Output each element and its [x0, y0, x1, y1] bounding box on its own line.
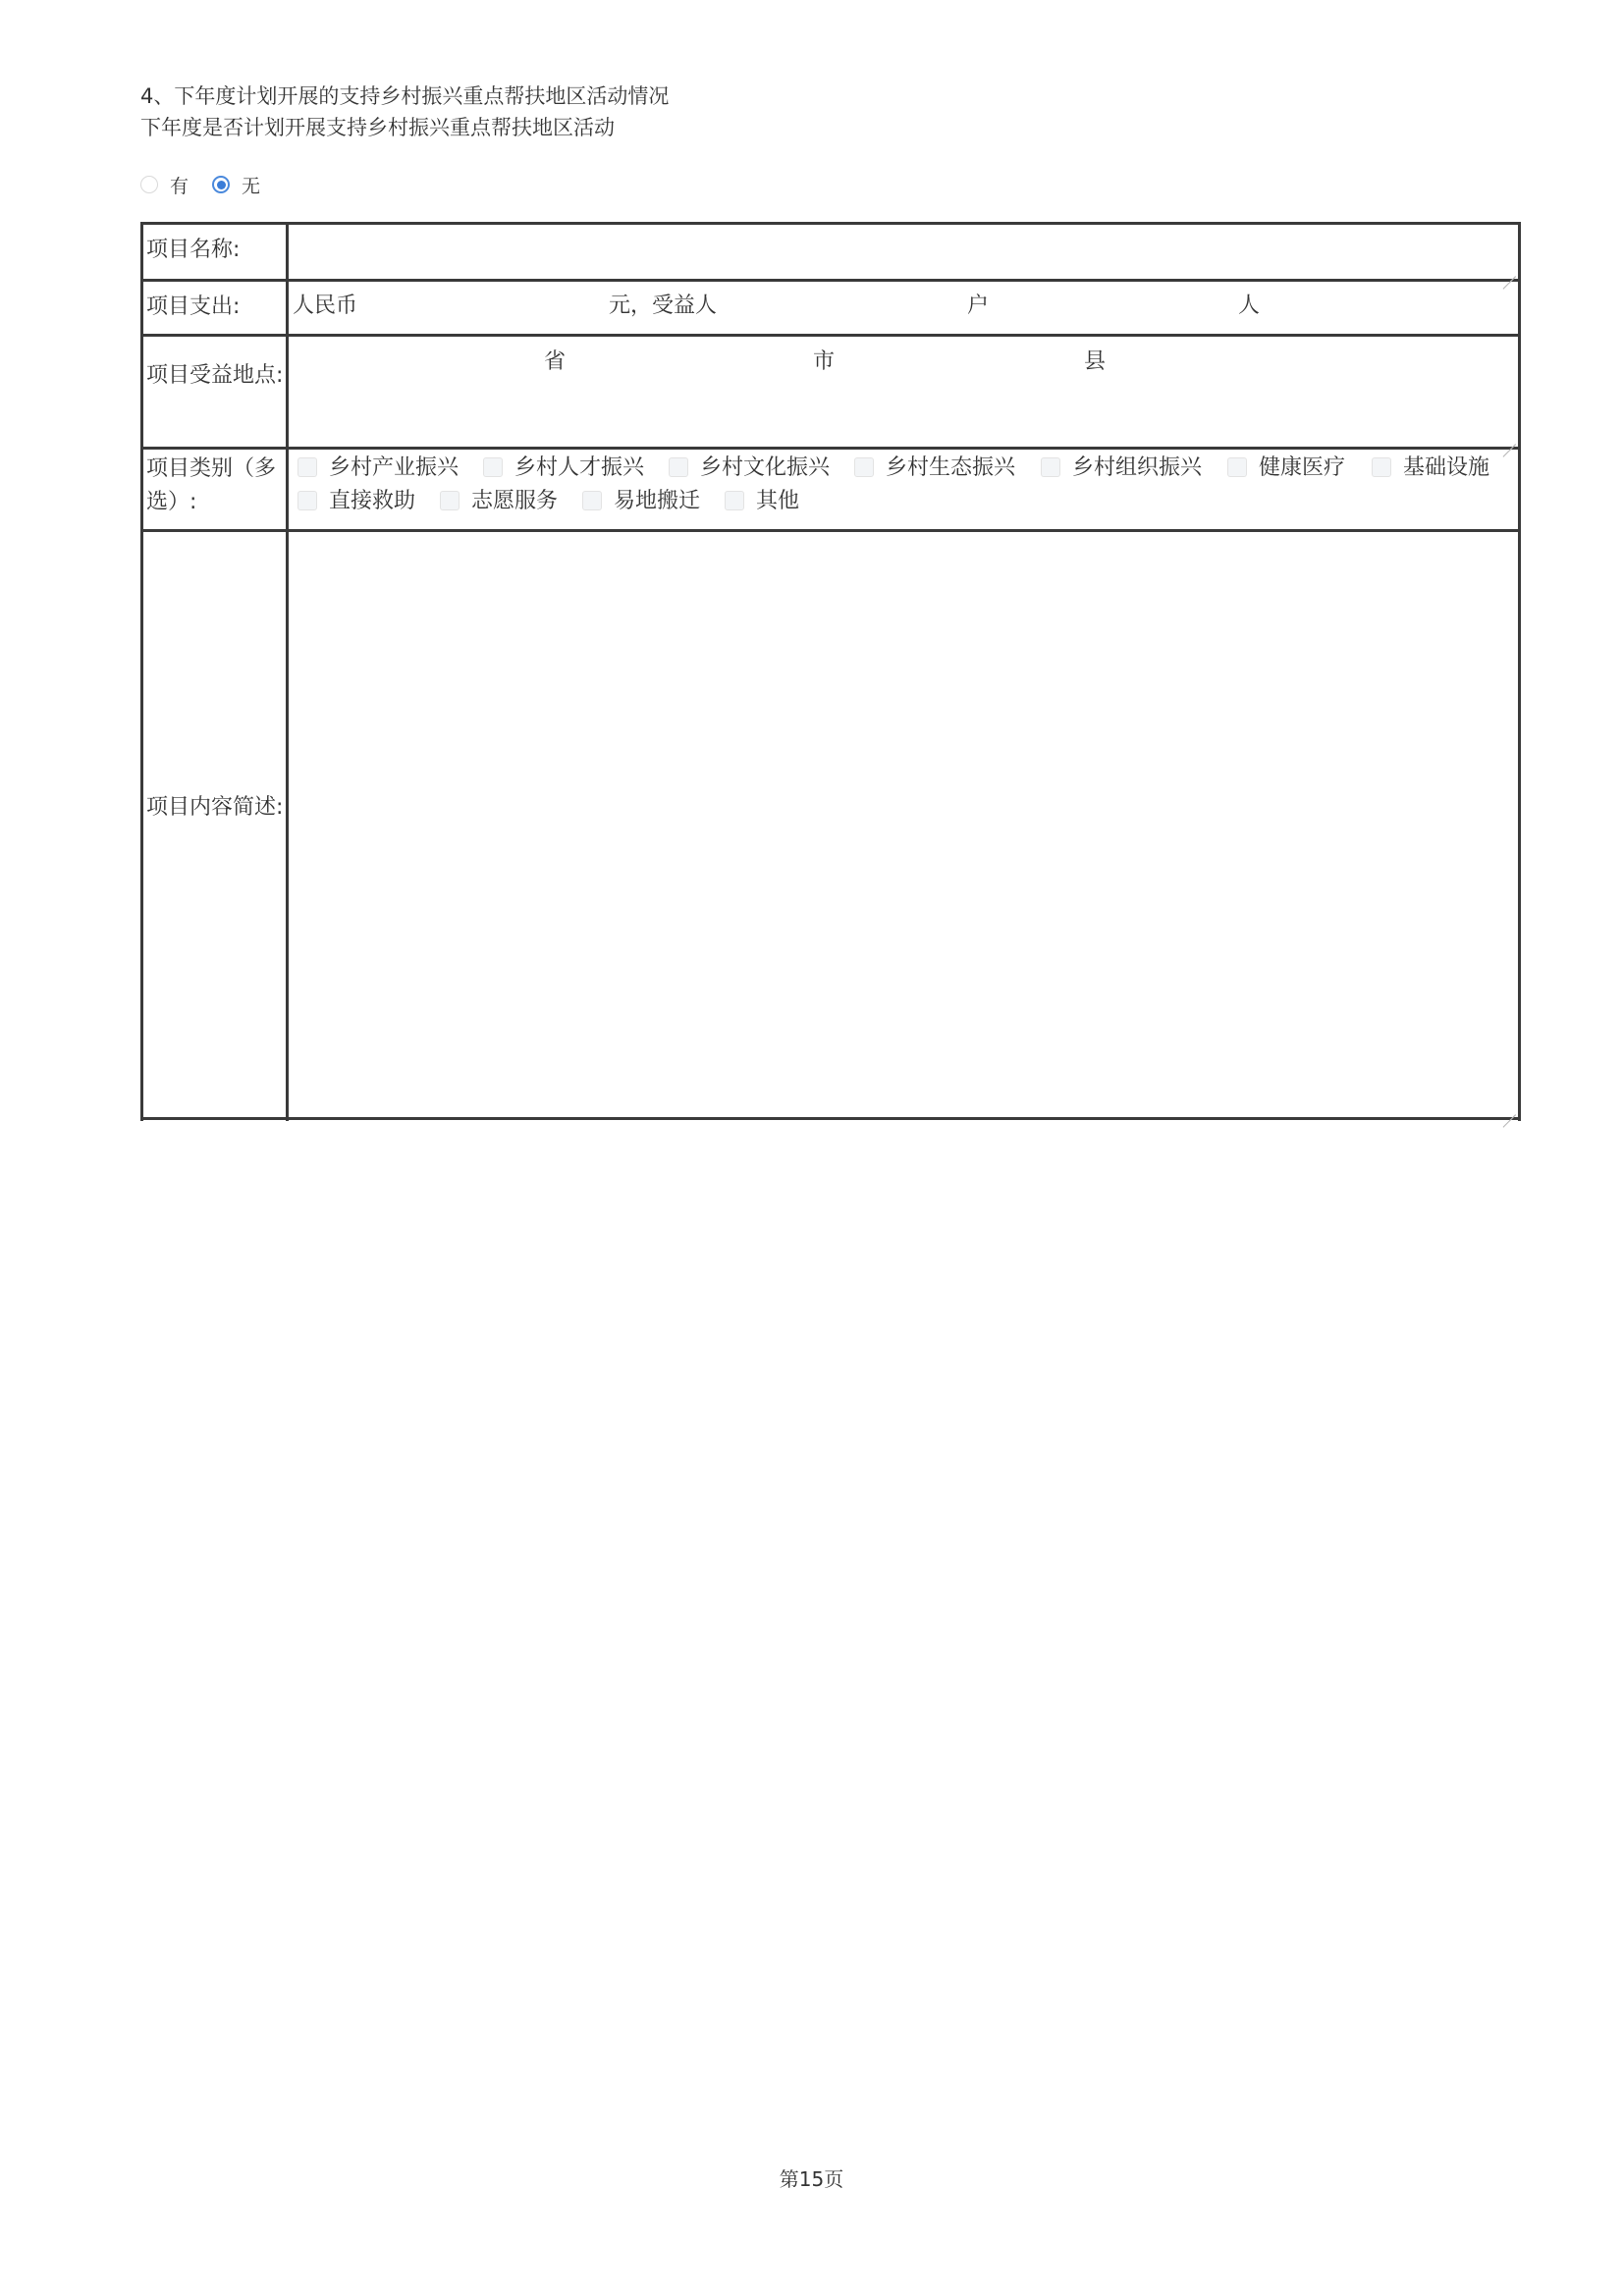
radio-no[interactable]: [212, 176, 230, 193]
table-border: [1518, 222, 1521, 1121]
category-option-label[interactable]: 易地搬迁: [614, 489, 700, 514]
category-option-label[interactable]: 直接救助: [329, 489, 415, 514]
county-unit: 县: [1084, 349, 1106, 375]
category-checkbox[interactable]: [1372, 457, 1391, 477]
category-checkbox[interactable]: [1041, 457, 1060, 477]
table-border: [140, 279, 1521, 282]
location-detail-input[interactable]: [289, 387, 1518, 447]
radio-yes[interactable]: [140, 176, 158, 193]
category-checkbox[interactable]: [1227, 457, 1247, 477]
people-unit: 人: [1238, 294, 1260, 319]
resize-handle-icon[interactable]: [1502, 431, 1516, 445]
people-input[interactable]: [995, 287, 1235, 326]
project-expense-label: 项目支出:: [146, 291, 284, 324]
project-category-label: 项目类别（多选）:: [146, 453, 284, 519]
category-checkbox[interactable]: [854, 457, 874, 477]
radio-selected-dot-icon: [217, 181, 226, 189]
section-title: 4、下年度计划开展的支持乡村振兴重点帮扶地区活动情况: [140, 82, 669, 110]
category-checkbox[interactable]: [298, 491, 317, 510]
category-checkbox[interactable]: [483, 457, 503, 477]
category-option-label[interactable]: 乡村组织振兴: [1072, 455, 1202, 481]
category-option-label[interactable]: 乡村人才振兴: [514, 455, 644, 481]
project-name-input[interactable]: [289, 225, 1518, 279]
resize-handle-icon[interactable]: [1502, 263, 1516, 277]
project-form-table: 项目名称: 项目支出: 人民币 元，受益人 户 人 项目受益地点: 省 市 县 …: [140, 222, 1518, 1118]
project-description-label: 项目内容简述:: [146, 791, 284, 825]
amount-input[interactable]: [361, 287, 607, 326]
table-border: [140, 447, 1521, 450]
households-input[interactable]: [720, 287, 960, 326]
category-checkbox[interactable]: [582, 491, 602, 510]
resize-handle-icon[interactable]: [1502, 1101, 1516, 1115]
city-unit: 市: [813, 349, 835, 375]
city-input[interactable]: [572, 342, 808, 377]
households-unit: 户: [967, 294, 989, 319]
radio-yes-label[interactable]: 有: [170, 172, 189, 198]
category-option-label[interactable]: 乡村生态振兴: [886, 455, 1015, 481]
table-border: [140, 222, 143, 1121]
yuan-beneficiary-text: 元，受益人: [609, 294, 717, 319]
category-checkbox[interactable]: [298, 457, 317, 477]
plan-question: 下年度是否计划开展支持乡村振兴重点帮扶地区活动: [140, 114, 615, 141]
category-option-label[interactable]: 乡村文化振兴: [700, 455, 830, 481]
category-option-label[interactable]: 乡村产业振兴: [329, 455, 459, 481]
category-option-label[interactable]: 其他: [756, 489, 799, 514]
table-border: [140, 1117, 1521, 1120]
category-option-label[interactable]: 健康医疗: [1259, 455, 1345, 481]
category-checkbox[interactable]: [725, 491, 744, 510]
currency-prefix: 人民币: [293, 294, 357, 319]
county-input[interactable]: [842, 342, 1078, 377]
project-name-label: 项目名称:: [146, 234, 284, 267]
page-number: 第15页: [0, 2163, 1623, 2192]
table-border: [140, 334, 1521, 337]
province-unit: 省: [544, 349, 566, 375]
plan-radio-group: 有 无: [140, 173, 284, 196]
province-input[interactable]: [293, 342, 538, 377]
project-description-textarea[interactable]: [289, 532, 1518, 1117]
category-option-label[interactable]: 志愿服务: [471, 489, 558, 514]
category-checkbox[interactable]: [440, 491, 460, 510]
radio-no-label[interactable]: 无: [242, 172, 260, 198]
beneficiary-location-label: 项目受益地点:: [146, 359, 284, 393]
category-option-label[interactable]: 基础设施: [1403, 455, 1489, 481]
category-checkbox[interactable]: [669, 457, 688, 477]
